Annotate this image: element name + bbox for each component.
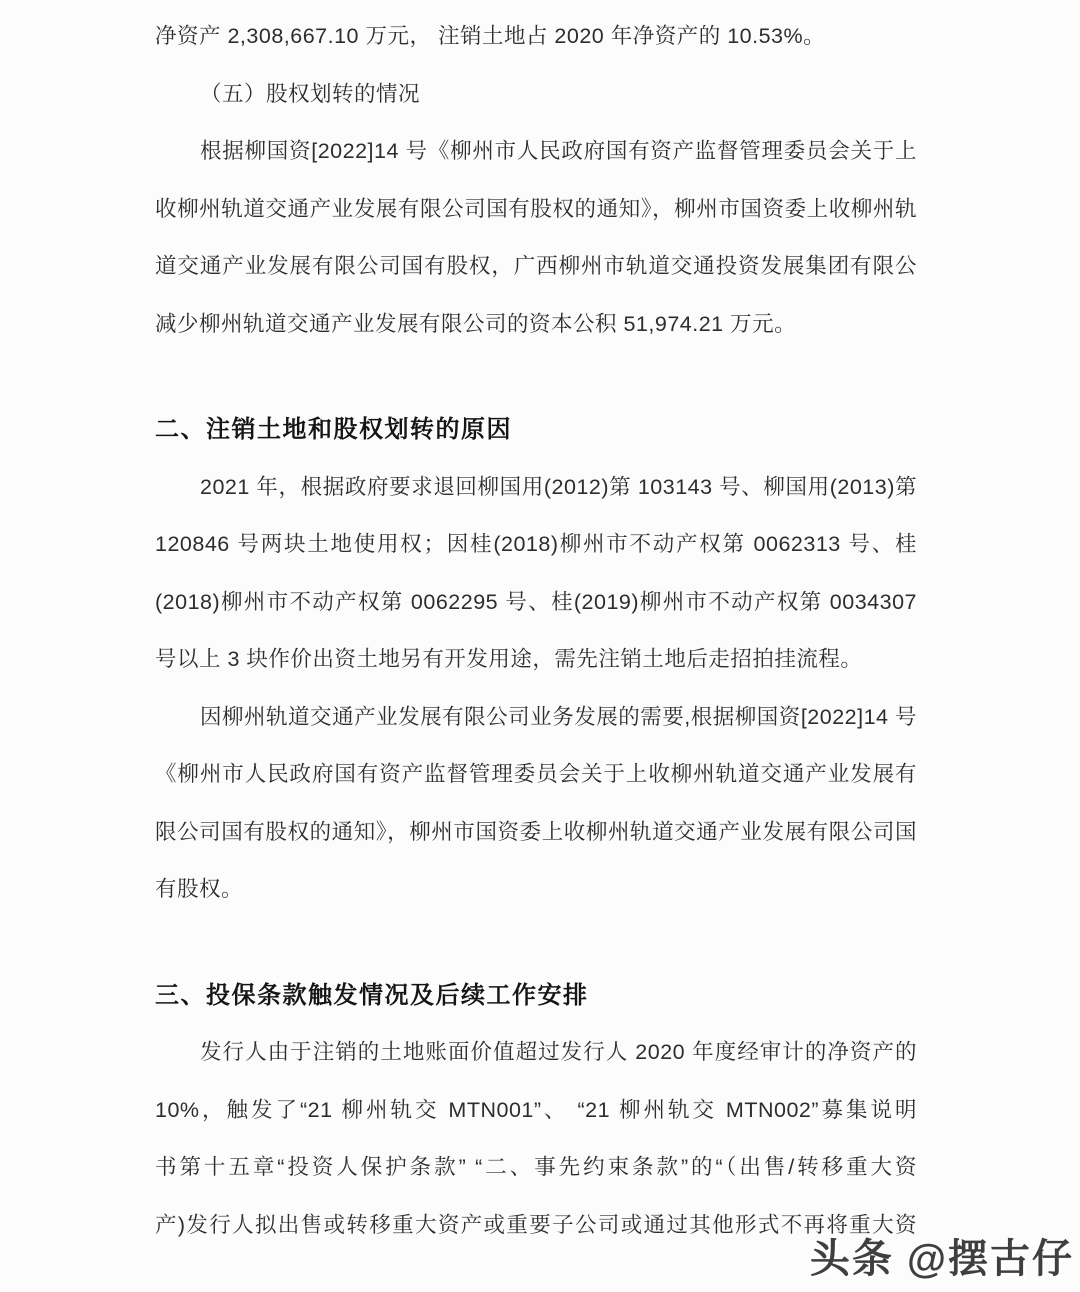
watermark-text: 头条 @摆古仔 [810,1227,1074,1284]
section-heading-2: 二、注销土地和股权划转的原因 [155,401,917,459]
text-line: 书第十五章“投资人保护条款” “二、事先约束条款”的“（出售/转移重大资 [155,1139,917,1197]
text-line: 限公司国有股权的通知》，柳州市国资委上收柳州轨道交通产业发展有限公司国 [155,804,917,862]
text-line: 道交通产业发展有限公司国有股权，广西柳州市轨道交通投资发展集团有限公司 [155,238,917,296]
text-line: 因柳州轨道交通产业发展有限公司业务发展的需要,根据柳国资[2022]14 号 [155,689,917,747]
text-line: 有股权。 [155,861,917,919]
document-content: 净资产 2,308,667.10 万元， 注销土地占 2020 年净资产的 10… [155,8,917,1254]
text-line: 《柳州市人民政府国有资产监督管理委员会关于上收柳州轨道交通产业发展有 [155,746,917,804]
text-line: 号以上 3 块作价出资土地另有开发用途，需先注销土地后走招拍挂流程。 [155,631,917,689]
text-line: 产)发行人拟出售或转移重大资产或重要子公司或通过其他形式不再将重大资产、 [155,1197,917,1255]
section-heading-3: 三、投保条款触发情况及后续工作安排 [155,967,917,1025]
text-line: 发行人由于注销的土地账面价值超过发行人 2020 年度经审计的净资产的 [155,1024,917,1082]
text-line: 根据柳国资[2022]14 号《柳州市人民政府国有资产监督管理委员会关于上 [155,123,917,181]
text-line: 收柳州轨道交通产业发展有限公司国有股权的通知》，柳州市国资委上收柳州轨 [155,181,917,239]
text-line: (2018)柳州市不动产权第 0062295 号、桂(2019)柳州市不动产权第… [155,574,917,632]
text-line: 减少柳州轨道交通产业发展有限公司的资本公积 51,974.21 万元。 [155,296,917,354]
text-line: 120846 号两块土地使用权；因桂(2018)柳州市不动产权第 0062313… [155,516,917,574]
document-page: 净资产 2,308,667.10 万元， 注销土地占 2020 年净资产的 10… [0,0,1080,1292]
text-line: 2021 年，根据政府要求退回柳国用(2012)第 103143 号、柳国用(2… [155,459,917,517]
text-line: 10%，触发了“21 柳州轨交 MTN001”、 “21 柳州轨交 MTN002… [155,1082,917,1140]
subsection-heading-5: （五）股权划转的情况 [155,66,917,124]
text-line: 净资产 2,308,667.10 万元， 注销土地占 2020 年净资产的 10… [155,8,917,66]
